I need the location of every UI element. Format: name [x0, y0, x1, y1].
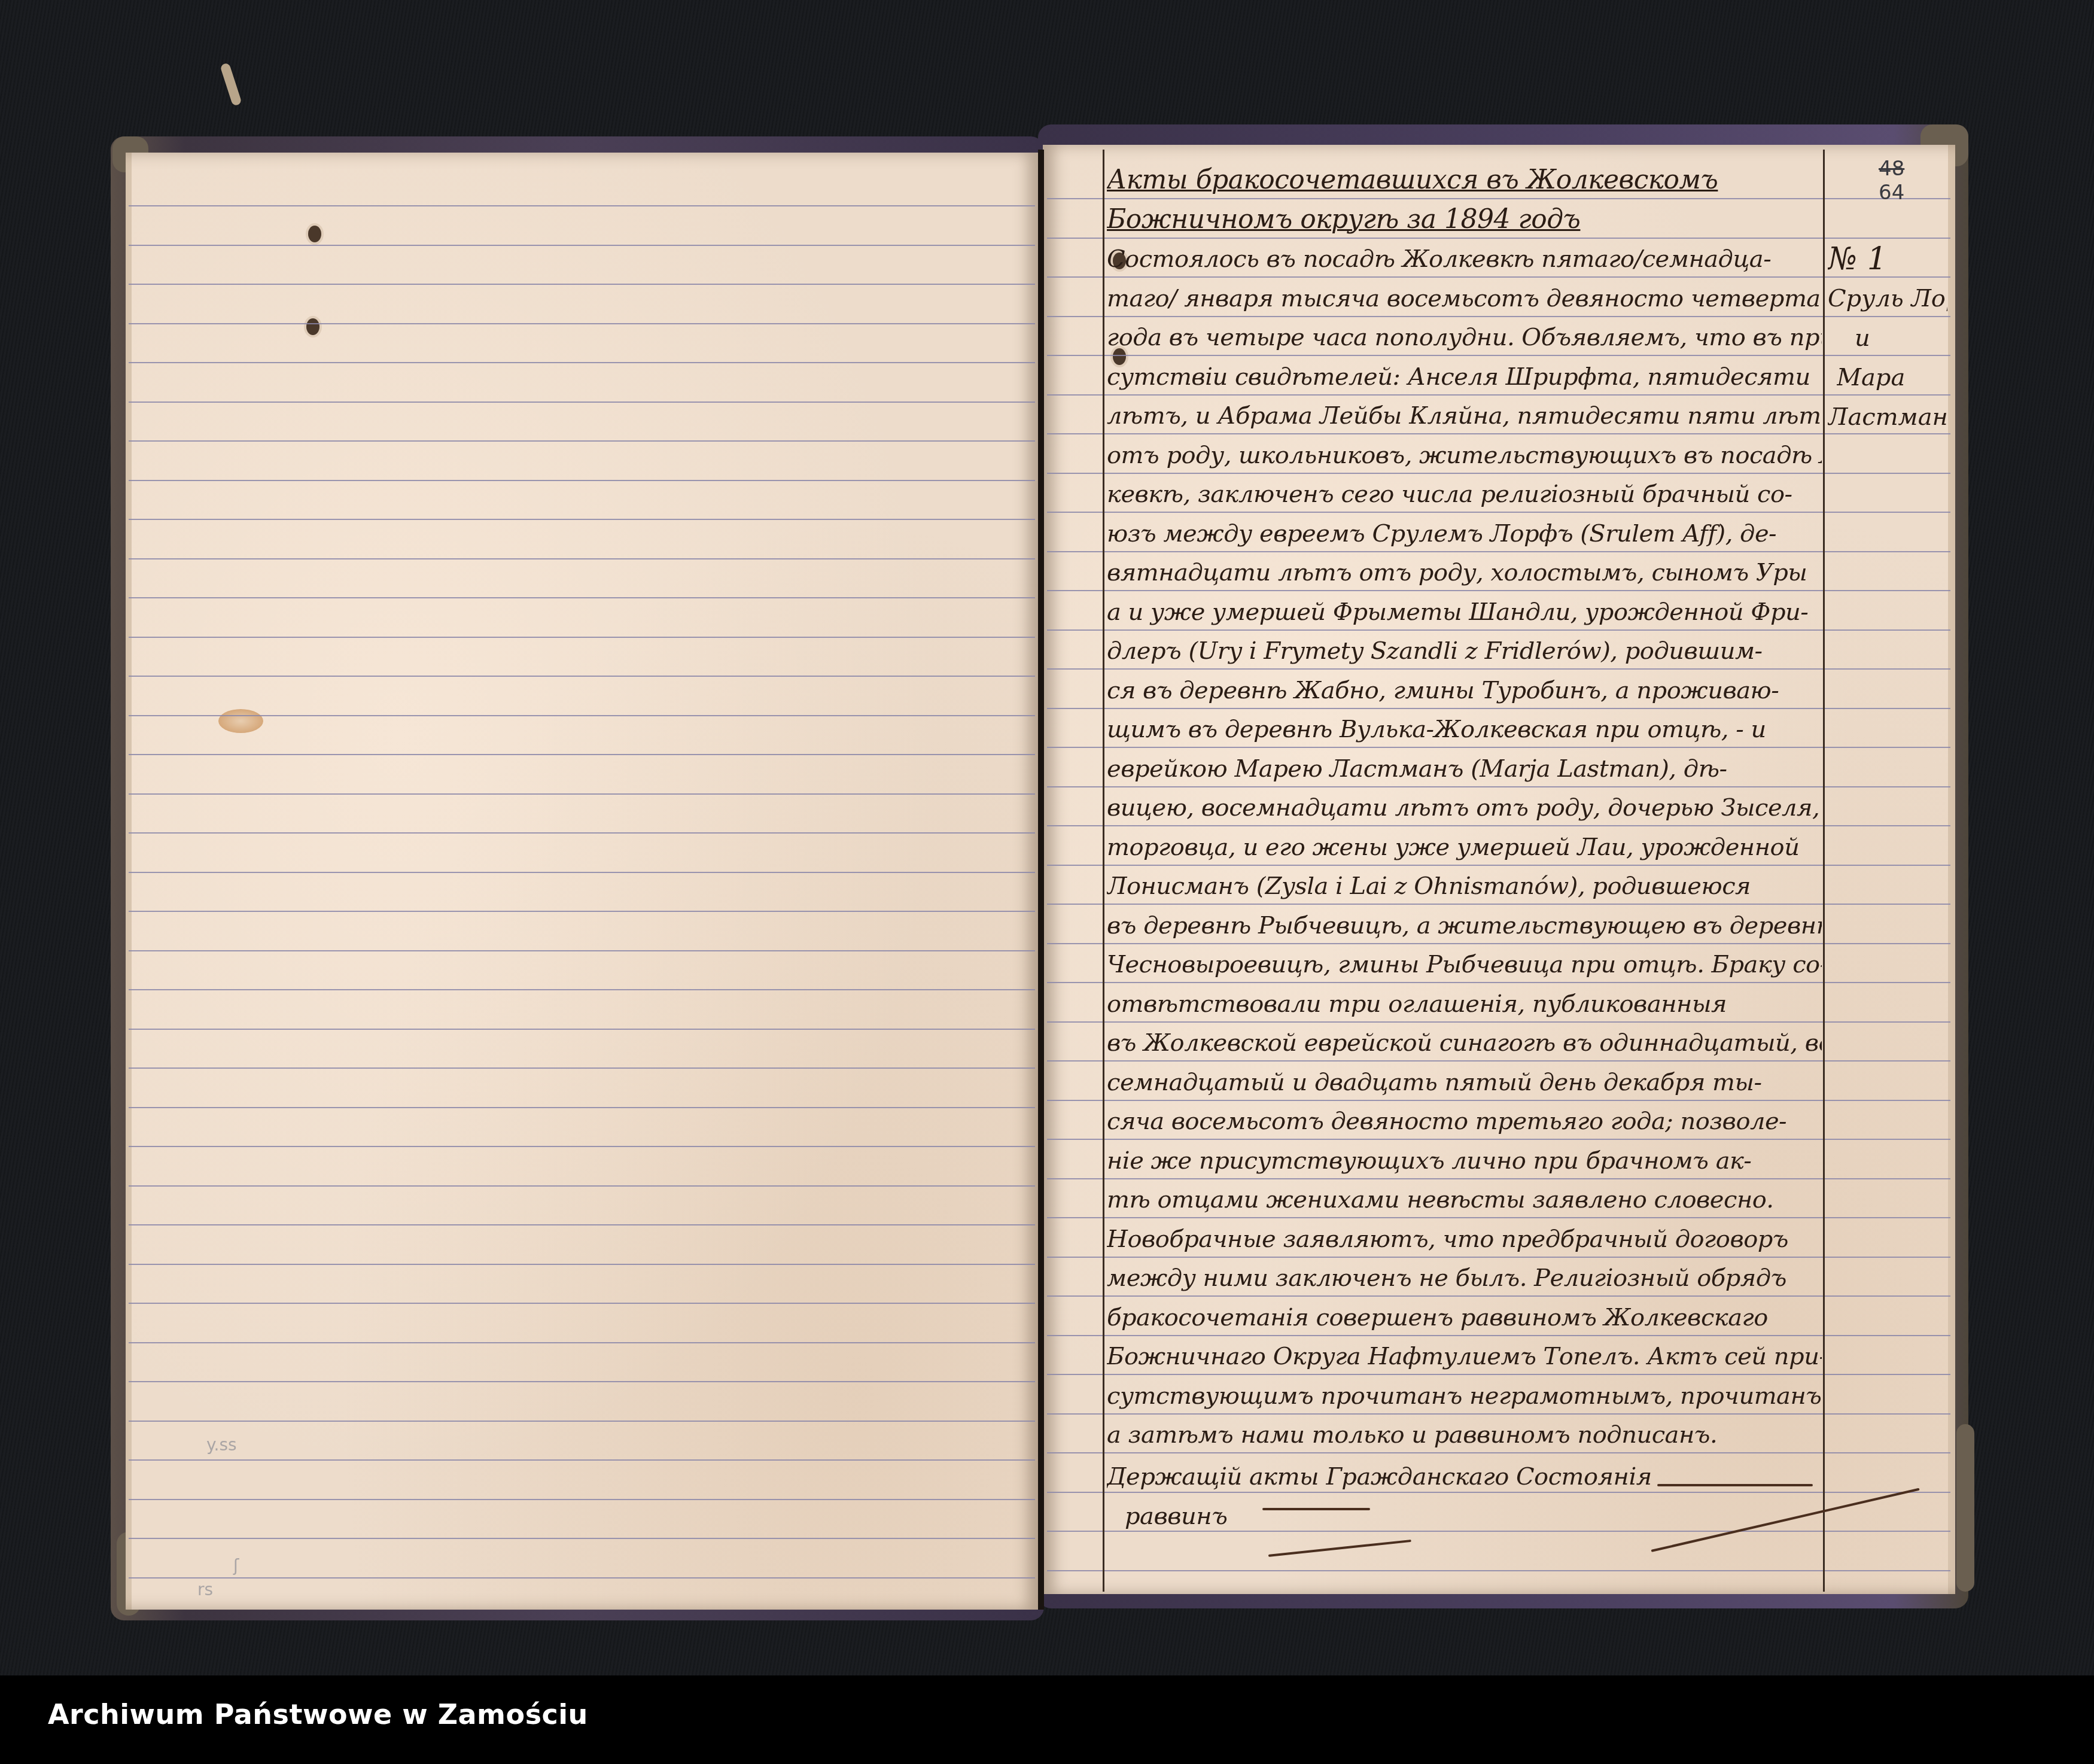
record-body-line: ніе же присутствующихъ лично при брачном… [1107, 1141, 1822, 1181]
record-body-line: вятнадцати лѣтъ отъ роду, холостымъ, сын… [1107, 553, 1822, 592]
record-body-line: Состоялось въ посадѣ Жолкевкѣ пятаго/сем… [1107, 239, 1822, 279]
entry-number: № 1 [1828, 239, 1947, 279]
ruled-line [129, 1029, 1035, 1030]
ruled-line [129, 519, 1035, 520]
record-body-line: въ Жолкевской еврейской синагогѣ въ один… [1107, 1023, 1822, 1063]
ruled-line [129, 832, 1035, 834]
ruled-line [129, 1107, 1035, 1108]
margin-groom-name: Сруль Лорфъ [1828, 279, 1947, 318]
ruled-line [129, 1185, 1035, 1187]
left-margin-line [1103, 150, 1104, 1592]
rabbi-signature [1262, 1508, 1370, 1510]
record-body-line: сутствіи свидѣтелей: Анселя Шрирфта, пят… [1107, 357, 1822, 397]
ruled-line [129, 1342, 1035, 1343]
ruled-line [129, 480, 1035, 481]
margin-conjunction: и [1855, 318, 1974, 358]
ruled-line [129, 1381, 1035, 1382]
archive-name: Archiwum Państwowe w Zamościu [48, 1698, 588, 1730]
record-body-line: сяча восемьсотъ девяносто третьяго года;… [1107, 1102, 1822, 1141]
record-body-line: тѣ отцами женихами невѣсты заявлено слов… [1107, 1180, 1822, 1219]
ruled-line [129, 1538, 1035, 1539]
record-body-line: Чесновыроевицѣ, гмины Рыбчевица при отцѣ… [1107, 945, 1822, 984]
pencil-mark: rs [197, 1580, 213, 1599]
ruled-line [129, 715, 1035, 716]
ruled-line [129, 323, 1035, 324]
ruled-line [129, 1499, 1035, 1500]
ruled-line [129, 205, 1035, 206]
ruled-line [129, 754, 1035, 755]
record-body-line: еврейкою Марею Ластманъ (Marja Lastman),… [1107, 749, 1822, 789]
ruled-line [129, 1303, 1035, 1304]
binding-hole [306, 318, 319, 335]
record-body-line: ся въ деревнѣ Жабно, гмины Туробинъ, а п… [1107, 671, 1822, 710]
record-body-line: семнадцатый и двадцать пятый день декабр… [1107, 1063, 1822, 1102]
ruled-line [129, 950, 1035, 951]
record-body-line: лѣтъ, и Абрама Лейбы Кляйна, пятидесяти … [1107, 396, 1822, 436]
ruled-line [129, 1224, 1035, 1225]
ruled-line [129, 1264, 1035, 1265]
ruled-line [129, 989, 1035, 990]
record-body-line: сутствующимъ прочитанъ неграмотнымъ, про… [1107, 1376, 1822, 1416]
registrar-signature-line: Держащій акты Гражданскаго Состоянія [1107, 1457, 1822, 1497]
ruled-line [129, 440, 1035, 442]
ruled-line [129, 637, 1035, 638]
record-body-line: кевкѣ, заключенъ сего числа религіозный … [1107, 475, 1822, 514]
ruled-line [129, 1577, 1035, 1579]
record-body-line: между ними заключенъ не былъ. Религіозны… [1107, 1258, 1822, 1298]
cover-corner [1956, 1424, 1974, 1592]
record-title-line-2: Божничномъ округѣ за 1894 годъ [1107, 200, 1822, 239]
record-body-line: бракосочетанія совершенъ раввиномъ Жолке… [1107, 1298, 1822, 1337]
stain [218, 709, 263, 733]
record-body-line: отвѣтствовали три оглашенія, публикованн… [1107, 984, 1822, 1024]
record-body-line: а затѣмъ нами только и раввиномъ подписа… [1107, 1415, 1822, 1455]
record-body-line: Божничнаго Округа Нафтулиемъ Топелъ. Акт… [1107, 1337, 1822, 1376]
page-number: 48 64 [1879, 157, 1904, 205]
column-divider-line [1823, 150, 1825, 1592]
pencil-mark: ʃ [233, 1556, 239, 1576]
record-body-line: таго/ января тысяча восемьсотъ девяносто… [1107, 279, 1822, 318]
record-title-line-1: Акты бракосочетавшихся въ Жолкевскомъ [1107, 160, 1822, 200]
record-body-line: Лонисманъ (Zysla i Lai z Ohnismanów), ро… [1107, 866, 1822, 906]
ruled-line [129, 872, 1035, 873]
page-number-old: 48 [1879, 157, 1904, 181]
ruled-line [129, 1421, 1035, 1422]
pencil-mark: y.ss [206, 1435, 237, 1455]
ruled-line [129, 284, 1035, 285]
binding-hole [308, 226, 321, 242]
registrar-signature [1657, 1484, 1813, 1486]
ruled-line [129, 362, 1035, 363]
ruled-line [129, 1067, 1035, 1069]
record-body-line: отъ роду, школьниковъ, жительствующихъ в… [1107, 436, 1822, 475]
ruled-line [129, 1146, 1035, 1147]
record-body-line: вицею, восемнадцати лѣтъ отъ роду, дочер… [1107, 788, 1822, 828]
record-body-line: а и уже умершей Фрыметы Шандли, урожденн… [1107, 592, 1822, 632]
ruled-line [129, 597, 1035, 598]
ruled-line [129, 911, 1035, 912]
left-page [126, 153, 1039, 1610]
ruled-line [129, 245, 1035, 246]
record-body-line: щимъ въ деревнѣ Вулька-Жолкевская при от… [1107, 710, 1822, 749]
ruled-line [129, 402, 1035, 403]
ruled-line [129, 558, 1035, 559]
ruled-line [129, 676, 1035, 677]
record-body-line: года въ четыре часа пополудни. Объявляем… [1107, 318, 1822, 357]
book-gutter [1038, 150, 1044, 1610]
margin-bride-first-name: Мара [1837, 358, 1956, 397]
record-body-line: въ деревнѣ Рыбчевицѣ, а жительствующею в… [1107, 906, 1822, 945]
ruled-line [129, 793, 1035, 795]
page-number-new: 64 [1879, 181, 1904, 205]
margin-bride-last-name: Ластманъ [1828, 397, 1947, 437]
record-body-line: юзъ между евреемъ Срулемъ Лорфъ (Srulem … [1107, 514, 1822, 553]
record-body-line: длеръ (Ury i Frymety Szandli z Fridlerów… [1107, 631, 1822, 671]
ruled-line [129, 1459, 1035, 1461]
ruled-line [1047, 1570, 1950, 1571]
record-body-line: торговца, и его жены уже умершей Лаи, ур… [1107, 828, 1822, 867]
record-body-line: Новобрачные заявляютъ, что предбрачный д… [1107, 1219, 1822, 1259]
rabbi-signature-line: раввинъ [1125, 1497, 1268, 1536]
